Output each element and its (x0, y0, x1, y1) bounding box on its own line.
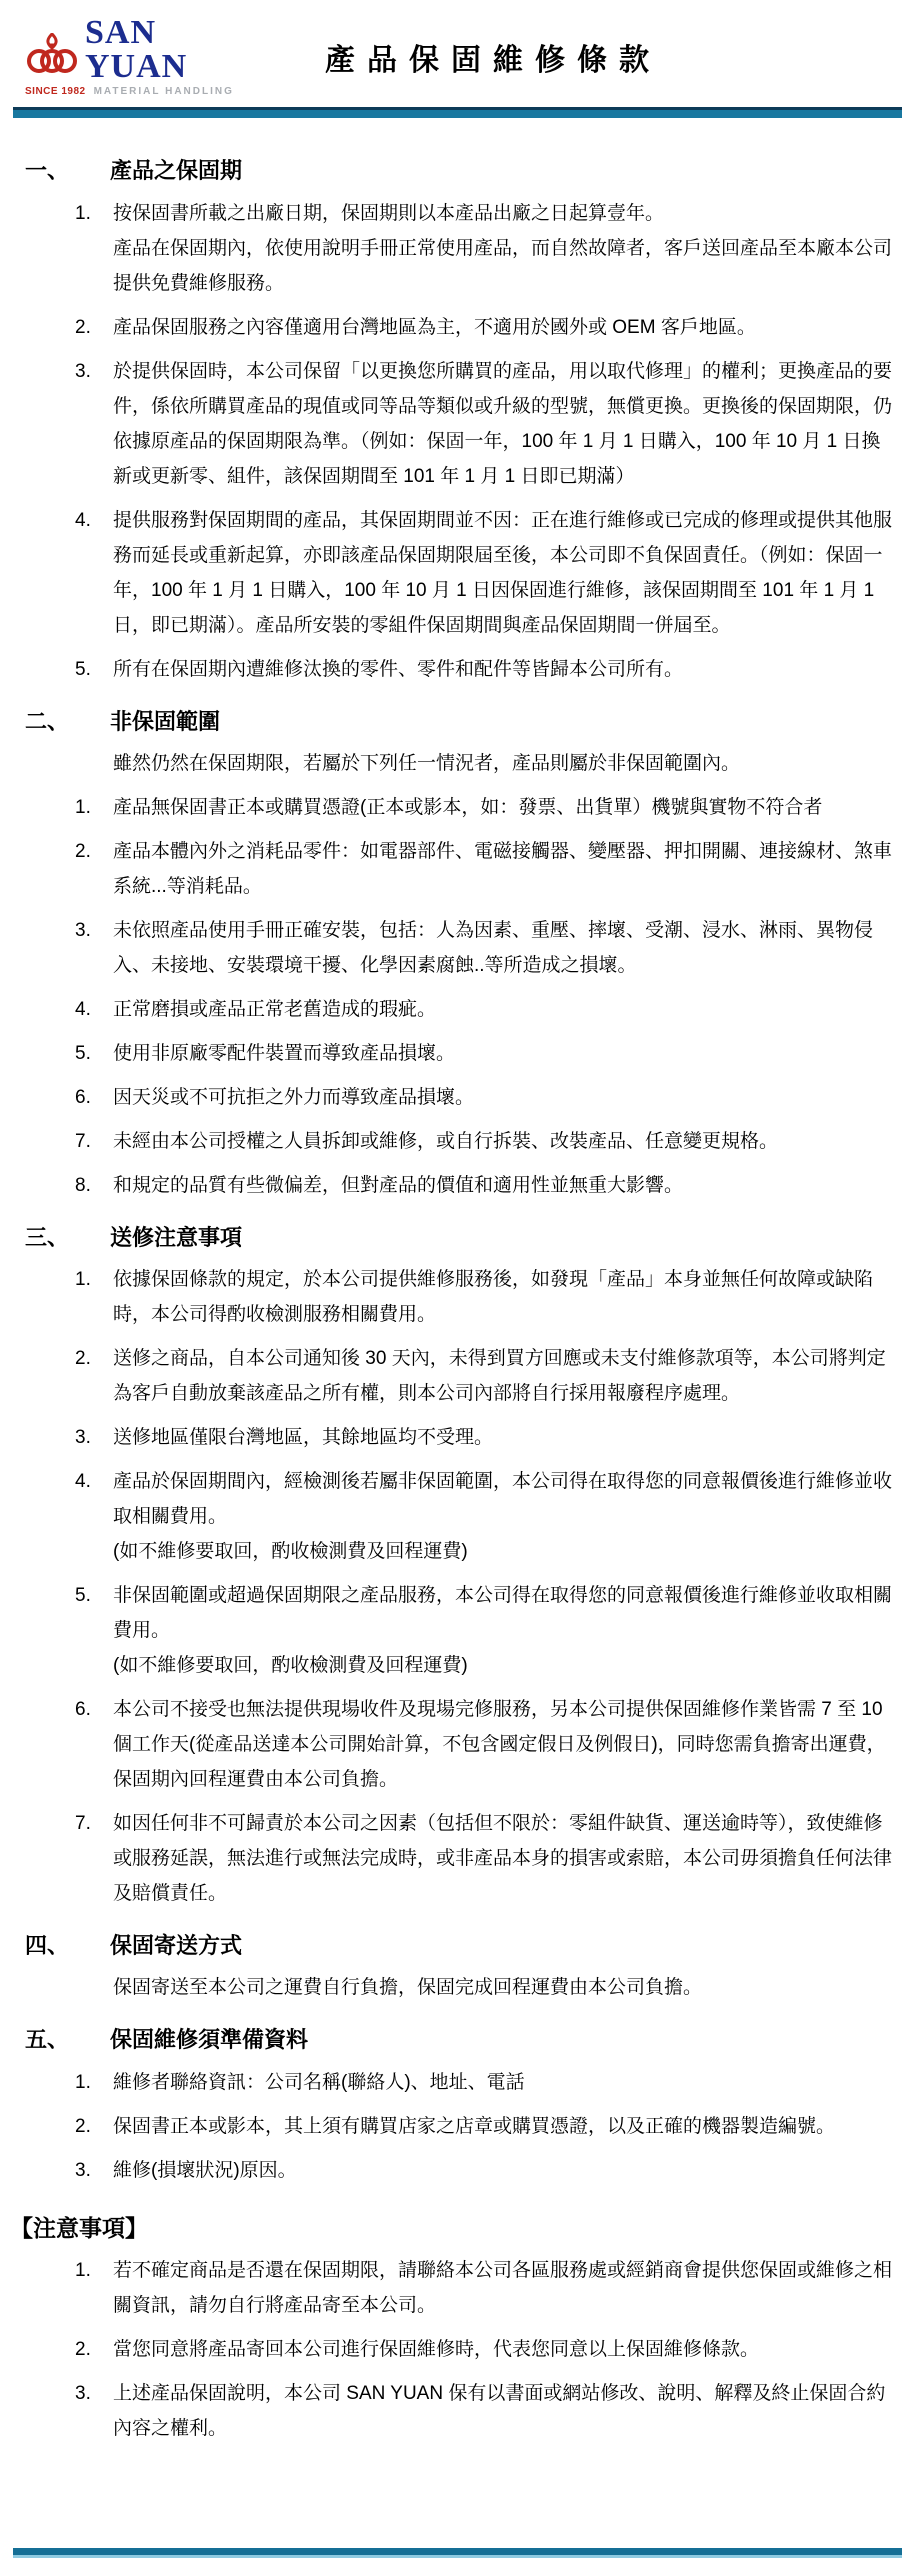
item-number: 5. (75, 1036, 113, 1071)
item-text: 按保固書所載之出廠日期，保固期則以本產品出廠之日起算壹年。 產品在保固期內，依使… (113, 196, 899, 301)
header-divider (13, 107, 902, 118)
item-number: 6. (75, 1080, 113, 1115)
list-item: 8. 和規定的品質有些微偏差，但對產品的價值和適用性並無重大影響。 (0, 1168, 899, 1203)
item-number: 3. (75, 2376, 113, 2446)
list-item: 4. 產品於保固期間內，經檢測後若屬非保固範圍，本公司得在取得您的同意報價後進行… (0, 1464, 899, 1569)
list-item: 1. 依據保固條款的規定，於本公司提供維修服務後，如發現「產品」本身並無任何故障… (0, 1262, 899, 1332)
section-non-warranty-scope: 二、 非保固範圍 雖然仍然在保固期限，若屬於下列任一情況者，產品則屬於非保固範圍… (0, 707, 899, 1203)
list-item: 1. 按保固書所載之出廠日期，保固期則以本產品出廠之日起算壹年。 產品在保固期內… (0, 196, 899, 301)
document-body: 一、 產品之保固期 1. 按保固書所載之出廠日期，保固期則以本產品出廠之日起算壹… (0, 118, 915, 2446)
section-number-label: 二、 (25, 707, 110, 738)
item-text: 保固書正本或影本，其上須有購買店家之店章或購買憑證，以及正確的機器製造編號。 (113, 2109, 899, 2144)
section-number-label: 一、 (25, 156, 110, 187)
section-intro: 保固寄送至本公司之運費自行負擔，保固完成回程運費由本公司負擔。 (0, 1970, 899, 2005)
item-text: 正常磨損或產品正常老舊造成的瑕疵。 (113, 992, 899, 1027)
item-text: 送修之商品，自本公司通知後 30 天內，未得到買方回應或未支付維修款項等，本公司… (113, 1341, 899, 1411)
item-number: 8. (75, 1168, 113, 1203)
section-number-label: 三、 (25, 1223, 110, 1254)
item-number: 2. (75, 1341, 113, 1411)
item-text: 依據保固條款的規定，於本公司提供維修服務後，如發現「產品」本身並無任何故障或缺陷… (113, 1262, 899, 1332)
section-required-documents: 五、 保固維修須準備資料 1. 維修者聯絡資訊：公司名稱(聯絡人)、地址、電話 … (0, 2025, 899, 2188)
section-attention-notes: 【注意事項】 1. 若不確定商品是否還在保固期限，請聯絡本公司各區服務處或經銷商… (0, 2212, 899, 2446)
section-number-label: 四、 (25, 1931, 110, 1962)
item-number: 3. (75, 2153, 113, 2188)
list-item: 3. 送修地區僅限台灣地區，其餘地區均不受理。 (0, 1420, 899, 1455)
section-title: 非保固範圍 (110, 707, 899, 738)
list-item: 1. 產品無保固書正本或購買憑證(正本或影本，如：發票、出貨單）機號與實物不符合… (0, 790, 899, 825)
list-item: 2. 產品保固服務之內容僅適用台灣地區為主，不適用於國外或 OEM 客戶地區。 (0, 310, 899, 345)
document-header: SAN YUAN SINCE 1982 MATERIAL HANDLING 產品… (0, 0, 915, 101)
item-number: 1. (75, 196, 113, 301)
item-text: 產品本體內外之消耗品零件：如電器部件、電磁接觸器、變壓器、押扣開關、連接線材、煞… (113, 834, 899, 904)
section-number-label: 五、 (25, 2025, 110, 2056)
item-number: 2. (75, 310, 113, 345)
list-item: 6. 因天災或不可抗拒之外力而導致產品損壞。 (0, 1080, 899, 1115)
item-text: 所有在保固期內遭維修汰換的零件、零件和配件等皆歸本公司所有。 (113, 652, 899, 687)
list-item: 1. 若不確定商品是否還在保固期限，請聯絡本公司各區服務處或經銷商會提供您保固或… (0, 2253, 899, 2323)
item-text: 本公司不接受也無法提供現場收件及現場完修服務，另本公司提供保固維修作業皆需 7 … (113, 1692, 899, 1797)
item-text: 送修地區僅限台灣地區，其餘地區均不受理。 (113, 1420, 899, 1455)
item-number: 7. (75, 1124, 113, 1159)
item-number: 1. (75, 1262, 113, 1332)
item-number: 3. (75, 913, 113, 983)
list-item: 3. 未依照產品使用手冊正確安裝，包括：人為因素、重壓、摔壞、受潮、浸水、淋雨、… (0, 913, 899, 983)
item-number: 1. (75, 790, 113, 825)
list-item: 3. 維修(損壞狀況)原因。 (0, 2153, 899, 2188)
list-item: 6. 本公司不接受也無法提供現場收件及現場完修服務，另本公司提供保固維修作業皆需… (0, 1692, 899, 1797)
list-item: 5. 非保固範圍或超過保固期限之產品服務，本公司得在取得您的同意報價後進行維修並… (0, 1578, 899, 1683)
item-text: 提供服務對保固期間的產品，其保固期間並不因：正在進行維修或已完成的修理或提供其他… (113, 503, 899, 643)
three-rings-crown-icon (25, 33, 79, 84)
item-number: 3. (75, 354, 113, 494)
warranty-terms-document: SAN YUAN SINCE 1982 MATERIAL HANDLING 產品… (0, 0, 915, 2560)
item-number: 2. (75, 834, 113, 904)
item-number: 4. (75, 503, 113, 643)
item-text: 因天災或不可抗拒之外力而導致產品損壞。 (113, 1080, 899, 1115)
list-item: 7. 如因任何非不可歸責於本公司之因素（包括但不限於：零組件缺貨、運送逾時等），… (0, 1806, 899, 1911)
item-number: 4. (75, 1464, 113, 1569)
section-warranty-period: 一、 產品之保固期 1. 按保固書所載之出廠日期，保固期則以本產品出廠之日起算壹… (0, 156, 899, 687)
section-heading: 四、 保固寄送方式 (0, 1931, 899, 1962)
brand-name: SAN YUAN (85, 16, 255, 84)
section-title: 保固維修須準備資料 (110, 2025, 899, 2056)
section-shipping-method: 四、 保固寄送方式 保固寄送至本公司之運費自行負擔，保固完成回程運費由本公司負擔… (0, 1931, 899, 2005)
section-heading: 一、 產品之保固期 (0, 156, 899, 187)
list-item: 2. 產品本體內外之消耗品零件：如電器部件、電磁接觸器、變壓器、押扣開關、連接線… (0, 834, 899, 904)
item-text: 產品於保固期間內，經檢測後若屬非保固範圍，本公司得在取得您的同意報價後進行維修並… (113, 1464, 899, 1569)
item-text: 維修者聯絡資訊：公司名稱(聯絡人)、地址、電話 (113, 2065, 899, 2100)
list-item: 7. 未經由本公司授權之人員拆卸或維修，或自行拆裝、改裝產品、任意變更規格。 (0, 1124, 899, 1159)
list-item: 2. 當您同意將產品寄回本公司進行保固維修時，代表您同意以上保固維修條款。 (0, 2332, 899, 2367)
list-item: 2. 送修之商品，自本公司通知後 30 天內，未得到買方回應或未支付維修款項等，… (0, 1341, 899, 1411)
page-title: 產品保固維修條款 (325, 44, 661, 77)
item-number: 5. (75, 1578, 113, 1683)
item-text: 產品無保固書正本或購買憑證(正本或影本，如：發票、出貨單）機號與實物不符合者 (113, 790, 899, 825)
item-number: 5. (75, 652, 113, 687)
item-text: 非保固範圍或超過保固期限之產品服務，本公司得在取得您的同意報價後進行維修並收取相… (113, 1578, 899, 1683)
item-text: 於提供保固時，本公司保留「以更換您所購買的產品，用以取代修理」的權利；更換產品的… (113, 354, 899, 494)
item-text: 當您同意將產品寄回本公司進行保固維修時，代表您同意以上保固維修條款。 (113, 2332, 899, 2367)
item-number: 6. (75, 1692, 113, 1797)
item-text: 如因任何非不可歸責於本公司之因素（包括但不限於：零組件缺貨、運送逾時等），致使維… (113, 1806, 899, 1911)
item-number: 3. (75, 1420, 113, 1455)
section-heading: 三、 送修注意事項 (0, 1223, 899, 1254)
item-text: 未經由本公司授權之人員拆卸或維修，或自行拆裝、改裝產品、任意變更規格。 (113, 1124, 899, 1159)
brand-tagline: MATERIAL HANDLING (94, 86, 234, 97)
notes-heading: 【注意事項】 (0, 2212, 899, 2244)
item-number: 7. (75, 1806, 113, 1911)
item-text: 產品保固服務之內容僅適用台灣地區為主，不適用於國外或 OEM 客戶地區。 (113, 310, 899, 345)
list-item: 5. 所有在保固期內遭維修汰換的零件、零件和配件等皆歸本公司所有。 (0, 652, 899, 687)
item-number: 1. (75, 2253, 113, 2323)
footer-divider (13, 2548, 902, 2558)
brand-since-badge: SINCE 1982 (25, 86, 86, 97)
section-heading: 二、 非保固範圍 (0, 707, 899, 738)
item-text: 使用非原廠零配件裝置而導致產品損壞。 (113, 1036, 899, 1071)
item-number: 2. (75, 2109, 113, 2144)
list-item: 5. 使用非原廠零配件裝置而導致產品損壞。 (0, 1036, 899, 1071)
section-heading: 五、 保固維修須準備資料 (0, 2025, 899, 2056)
section-intro: 雖然仍然在保固期限，若屬於下列任一情況者，產品則屬於非保固範圍內。 (0, 746, 899, 781)
item-text: 維修(損壞狀況)原因。 (113, 2153, 899, 2188)
item-number: 1. (75, 2065, 113, 2100)
section-title: 產品之保固期 (110, 156, 899, 187)
list-item: 4. 正常磨損或產品正常老舊造成的瑕疵。 (0, 992, 899, 1027)
list-item: 4. 提供服務對保固期間的產品，其保固期間並不因：正在進行維修或已完成的修理或提… (0, 503, 899, 643)
item-text: 未依照產品使用手冊正確安裝，包括：人為因素、重壓、摔壞、受潮、浸水、淋雨、異物侵… (113, 913, 899, 983)
item-text: 若不確定商品是否還在保固期限，請聯絡本公司各區服務處或經銷商會提供您保固或維修之… (113, 2253, 899, 2323)
brand-logo: SAN YUAN SINCE 1982 MATERIAL HANDLING (25, 16, 255, 97)
list-item: 3. 於提供保固時，本公司保留「以更換您所購買的產品，用以取代修理」的權利；更換… (0, 354, 899, 494)
item-text: 和規定的品質有些微偏差，但對產品的價值和適用性並無重大影響。 (113, 1168, 899, 1203)
item-text: 上述產品保固說明，本公司 SAN YUAN 保有以書面或網站修改、說明、解釋及終… (113, 2376, 899, 2446)
section-repair-notes: 三、 送修注意事項 1. 依據保固條款的規定，於本公司提供維修服務後，如發現「產… (0, 1223, 899, 1912)
item-number: 4. (75, 992, 113, 1027)
list-item: 2. 保固書正本或影本，其上須有購買店家之店章或購買憑證，以及正確的機器製造編號… (0, 2109, 899, 2144)
section-title: 保固寄送方式 (110, 1931, 899, 1962)
section-title: 送修注意事項 (110, 1223, 899, 1254)
item-number: 2. (75, 2332, 113, 2367)
list-item: 3. 上述產品保固說明，本公司 SAN YUAN 保有以書面或網站修改、說明、解… (0, 2376, 899, 2446)
list-item: 1. 維修者聯絡資訊：公司名稱(聯絡人)、地址、電話 (0, 2065, 899, 2100)
